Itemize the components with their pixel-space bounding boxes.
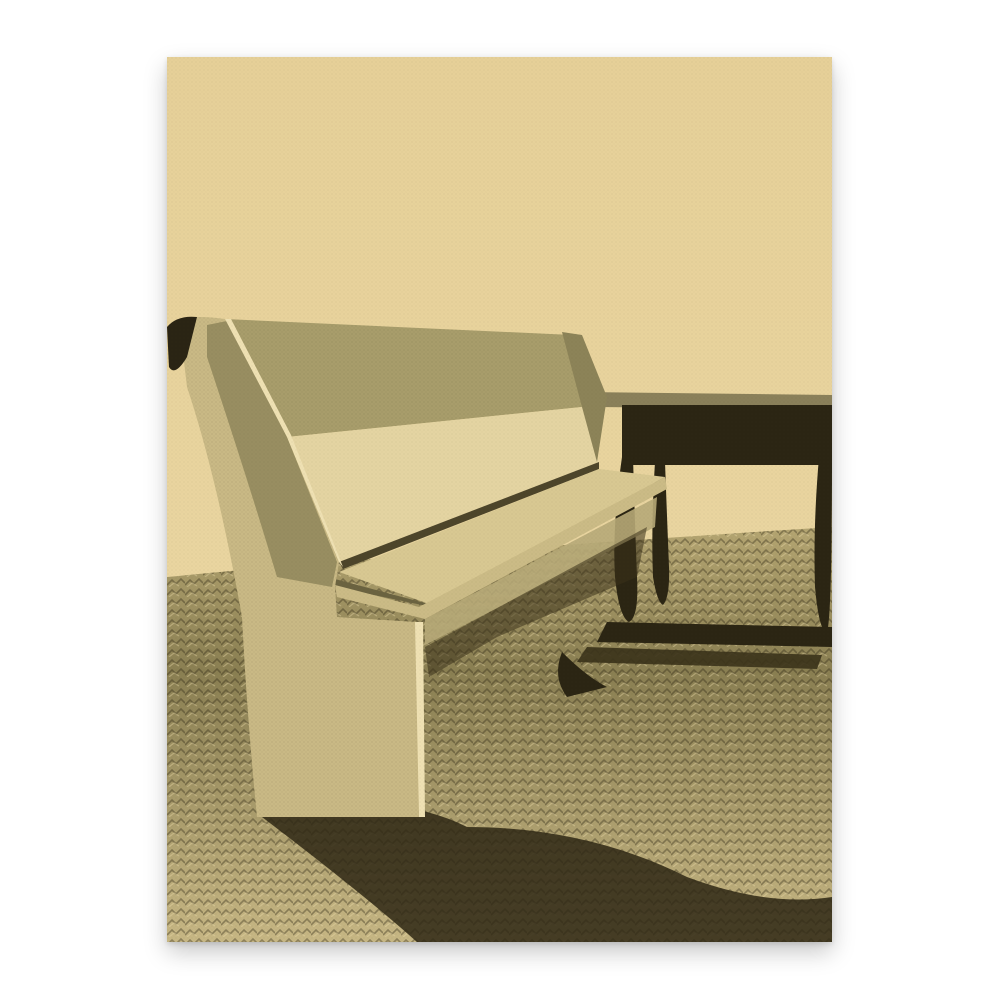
poster-print	[167, 57, 832, 942]
sepia-photograph	[167, 57, 832, 942]
